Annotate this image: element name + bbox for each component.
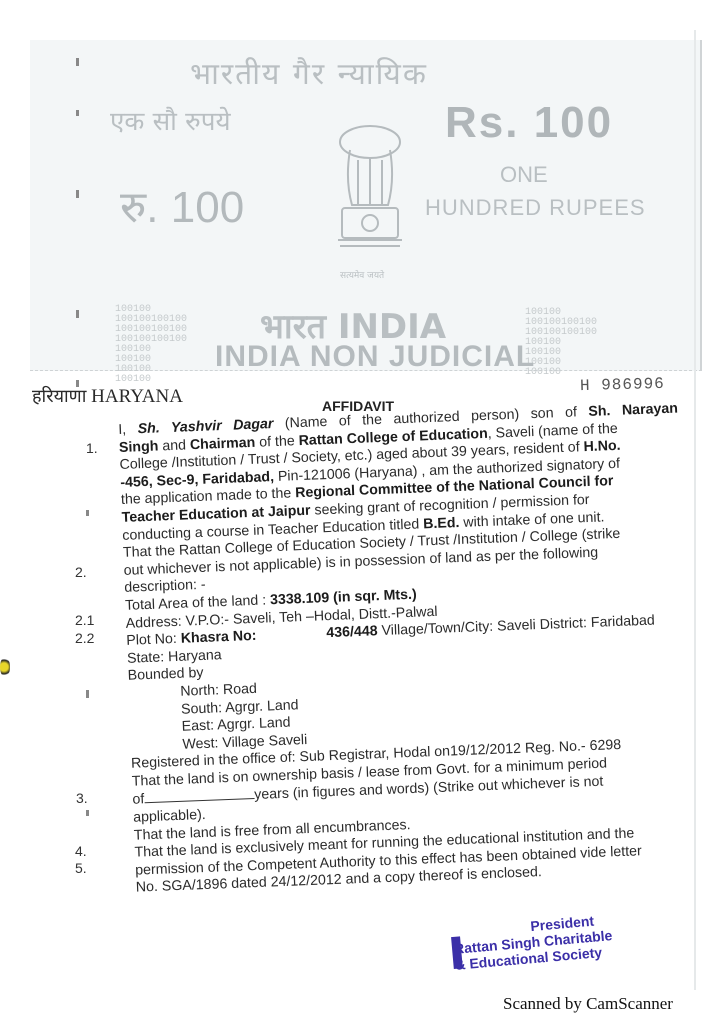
society-seal-stamp: President Rattan Singh Charitable & Educ… <box>452 911 614 973</box>
para-number: 4. <box>75 843 87 859</box>
stamp-hindi-amount: एक सौ रुपये <box>110 102 231 138</box>
stamp-amount-words-1: ONE <box>500 162 548 188</box>
stamp-amount-top: Rs. 100 <box>445 98 613 148</box>
emblem-motto: सत्यमेव जयते <box>340 268 384 281</box>
national-emblem-icon <box>320 120 420 270</box>
para-number: 2.1 <box>75 612 94 628</box>
stamp-microtext-left: 100100 100100100100 100100100100 1001001… <box>115 305 187 385</box>
period-blank <box>144 787 254 804</box>
state-english: HARYANA <box>91 386 183 407</box>
para-number: 5. <box>75 860 87 876</box>
para-number: 3. <box>76 790 88 806</box>
stamp-amount-left: रु. 100 <box>120 175 244 235</box>
scanned-affidavit-page: भारतीय गैर न्यायिक एक सौ रुपये Rs. 100 र… <box>0 0 724 1024</box>
state-hindi: हरियाणा <box>32 386 86 407</box>
para-number: 2. <box>75 564 87 580</box>
serial-number: H 986996 <box>580 375 665 395</box>
scan-artifact <box>0 657 10 677</box>
non-judicial-stamp-paper: भारतीय गैर न्यायिक एक सौ रुपये Rs. 100 र… <box>30 40 702 371</box>
stamp-hindi-title: भारतीय गैर न्यायिक <box>190 52 428 93</box>
para-number: 1. <box>86 440 98 456</box>
para-number: 2.2 <box>75 630 94 646</box>
camscanner-watermark: Scanned by CamScanner <box>503 994 673 1014</box>
state-label: हरियाणा HARYANA <box>32 384 183 408</box>
affidavit-body: I, Sh. Yashvir Dagar (Name of the author… <box>118 401 696 898</box>
stamp-amount-words-2: HUNDRED RUPEES <box>425 195 646 221</box>
stamp-microtext-right: 100100 100100100100 100100100100 100100 … <box>525 308 597 378</box>
stamp-india-non-judicial: INDIA NON JUDICIAL <box>215 340 535 374</box>
